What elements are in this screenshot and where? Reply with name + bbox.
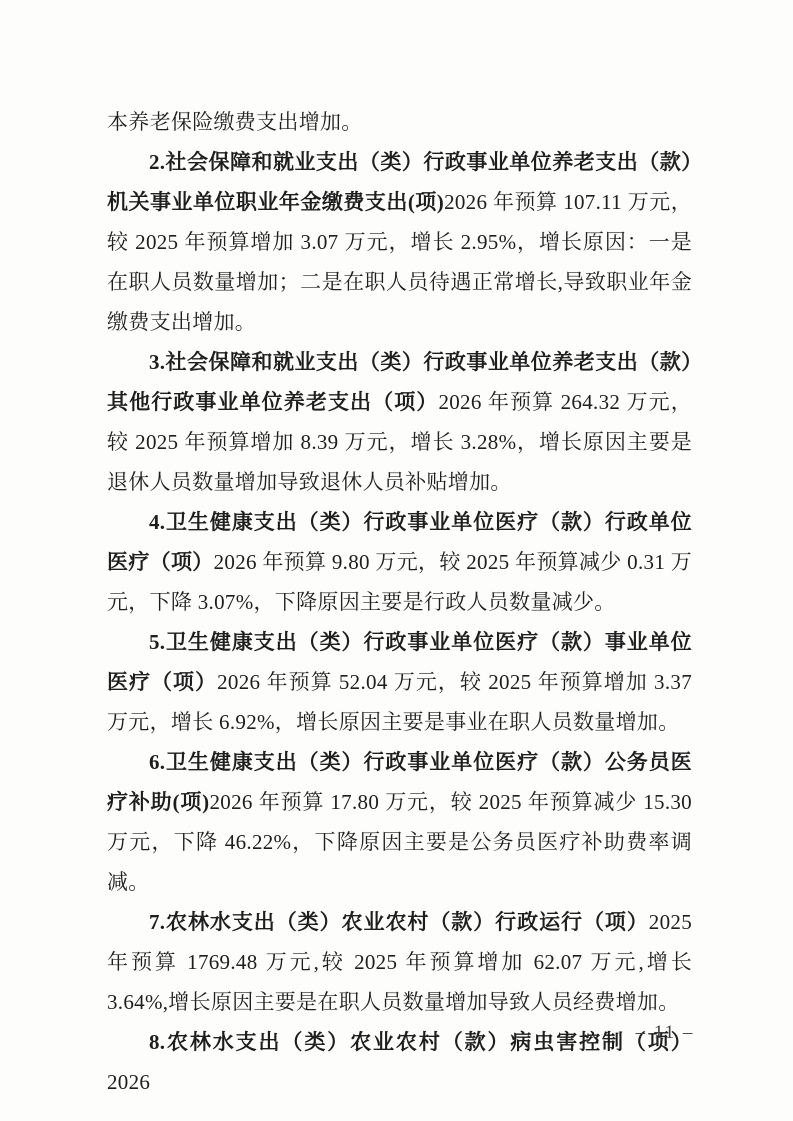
budget-paragraph-4: 4.卫生健康支出（类）行政事业单位医疗（款）行政单位医疗（项）2026 年预算 … (107, 502, 692, 622)
budget-paragraph-2: 2.社会保障和就业支出（类）行政事业单位养老支出（款）机关事业单位职业年金缴费支… (107, 142, 692, 342)
paragraph-heading: 8.农林水支出（类）农业农村（款）病虫害控制（项） (149, 1030, 692, 1054)
paragraph-heading: 7.农林水支出（类）农业农村（款）行政运行（项） (149, 910, 649, 934)
budget-paragraph-6: 6.卫生健康支出（类）行政事业单位医疗（款）公务员医疗补助(项)2026 年预算… (107, 742, 692, 902)
budget-paragraph-7: 7.农林水支出（类）农业农村（款）行政运行（项）2025 年预算 1769.48… (107, 902, 692, 1022)
budget-paragraph-5: 5.卫生健康支出（类）行政事业单位医疗（款）事业单位医疗（项）2026 年预算 … (107, 622, 692, 742)
paragraph-text: 本养老保险缴费支出增加。 (107, 110, 363, 134)
budget-paragraph-3: 3.社会保障和就业支出（类）行政事业单位养老支出（款）其他行政事业单位养老支出（… (107, 342, 692, 502)
page-number: – 11 – (615, 1018, 715, 1048)
paragraph-text: 2026 (107, 1070, 150, 1094)
document-text-block: 本养老保险缴费支出增加。 2.社会保障和就业支出（类）行政事业单位养老支出（款）… (107, 102, 692, 1102)
budget-paragraph-8: 8.农林水支出（类）农业农村（款）病虫害控制（项）2026 (107, 1022, 692, 1102)
document-page: 本养老保险缴费支出增加。 2.社会保障和就业支出（类）行政事业单位养老支出（款）… (0, 0, 793, 1121)
paragraph-continuation: 本养老保险缴费支出增加。 (107, 102, 692, 142)
